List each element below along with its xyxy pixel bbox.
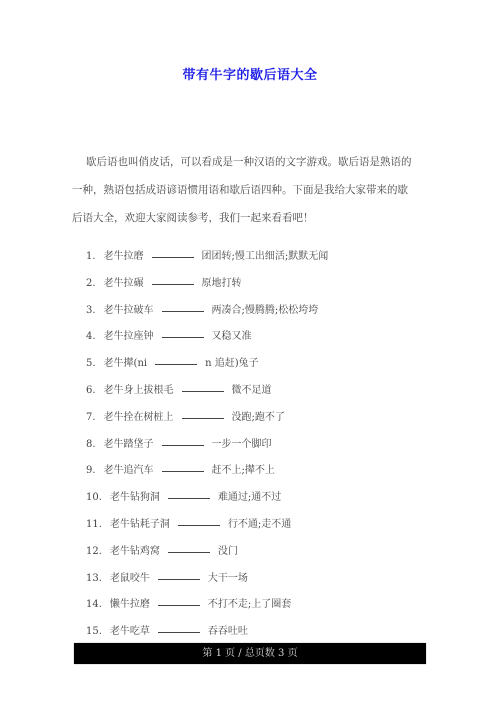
- list-item: 5. 老牛撵(ni n 追赶)兔子: [86, 357, 328, 384]
- item-riddle: 老牛拉座钟: [104, 330, 154, 344]
- document-title: 带有牛字的歇后语大全: [0, 64, 500, 83]
- intro-line-2: 一种，熟语包括成语谚语惯用语和歇后语四种。下面是我给大家带来的歇: [72, 176, 426, 204]
- item-riddle: 老牛钻鸡窝: [110, 545, 160, 559]
- list-item: 11. 老牛钻耗子洞 行不通;走不通: [86, 518, 328, 545]
- item-number: 3.: [86, 304, 96, 318]
- dash-separator: [182, 391, 224, 392]
- item-answer: 吞吞吐吐: [208, 625, 248, 639]
- list-item: 10. 老牛钻狗洞 难通过;通不过: [86, 491, 328, 518]
- item-number: 4.: [86, 330, 96, 344]
- page-indicator-bar: 第 1 页 / 总页数 3 页: [74, 643, 426, 664]
- item-number: 2.: [86, 277, 96, 291]
- item-riddle: 老牛钻狗洞: [110, 491, 160, 505]
- item-answer: 没跑;跑不了: [232, 411, 285, 425]
- item-riddle: 懒牛拉磨: [110, 598, 150, 612]
- dash-separator: [178, 525, 220, 526]
- list-item: 13. 老鼠咬牛 大干一场: [86, 572, 328, 599]
- dash-separator: [158, 579, 200, 580]
- item-answer: 大干一场: [208, 572, 248, 586]
- dash-separator: [168, 552, 210, 553]
- item-riddle: 老牛撵(ni: [104, 357, 148, 371]
- item-riddle: 老鼠咬牛: [110, 572, 150, 586]
- item-riddle: 老牛踏垡子: [104, 438, 154, 452]
- item-riddle: 老牛钻耗子洞: [110, 518, 170, 532]
- list-item: 14. 懒牛拉磨 不打不走;上了圈套: [86, 598, 328, 625]
- dash-separator: [182, 418, 224, 419]
- item-number: 15.: [86, 625, 102, 639]
- list-item: 9. 老牛追汽车 赶不上;撵不上: [86, 464, 328, 491]
- item-answer: 又稳又准: [212, 330, 252, 344]
- item-answer: n 追赶)兔子: [205, 357, 259, 371]
- dash-separator: [155, 364, 197, 365]
- item-number: 11.: [86, 518, 102, 532]
- dash-separator: [168, 498, 210, 499]
- item-riddle: 老牛吃草: [110, 625, 150, 639]
- item-riddle: 老牛追汽车: [104, 464, 154, 478]
- item-number: 13.: [86, 572, 102, 586]
- list-item: 4. 老牛拉座钟 又稳又准: [86, 330, 328, 357]
- list-item: 3. 老牛拉破车 两凑合;慢腾腾;松松垮垮: [86, 304, 328, 331]
- item-riddle: 老牛身上拔根毛: [104, 384, 174, 398]
- list-item: 1. 老牛拉磨 团团转;慢工出细活;默默无闻: [86, 250, 328, 277]
- item-answer: 没门: [218, 545, 238, 559]
- item-number: 1.: [86, 250, 96, 264]
- list-item: 2. 老牛拉碾 原地打转: [86, 277, 328, 304]
- item-riddle: 老牛拉磨: [104, 250, 144, 264]
- dash-separator: [152, 284, 194, 285]
- list-item: 8. 老牛踏垡子 一步一个脚印: [86, 438, 328, 465]
- item-answer: 团团转;慢工出细活;默默无闻: [202, 250, 329, 264]
- dash-separator: [158, 632, 200, 633]
- item-answer: 难通过;通不过: [218, 491, 281, 505]
- dash-separator: [162, 337, 204, 338]
- item-number: 14.: [86, 598, 102, 612]
- item-number: 12.: [86, 545, 102, 559]
- item-answer: 行不通;走不通: [228, 518, 291, 532]
- item-answer: 两凑合;慢腾腾;松松垮垮: [212, 304, 319, 318]
- list-item: 7. 老牛拴在树桩上 没跑;跑不了: [86, 411, 328, 438]
- item-answer: 不打不走;上了圈套: [208, 598, 291, 612]
- item-answer: 赶不上;撵不上: [212, 464, 275, 478]
- item-number: 8.: [86, 438, 96, 452]
- list-item: 12. 老牛钻鸡窝 没门: [86, 545, 328, 572]
- item-riddle: 老牛拉碾: [104, 277, 144, 291]
- item-number: 10.: [86, 491, 102, 505]
- intro-paragraph: 歇后语也叫俏皮话，可以看成是一种汉语的文字游戏。歇后语是熟语的 一种，熟语包括成…: [86, 148, 426, 232]
- item-answer: 微不足道: [232, 384, 272, 398]
- dash-separator: [162, 471, 204, 472]
- item-riddle: 老牛拴在树桩上: [104, 411, 174, 425]
- dash-separator: [162, 311, 204, 312]
- item-number: 6.: [86, 384, 96, 398]
- page-indicator-text: 第 1 页 / 总页数 3 页: [202, 648, 297, 659]
- dash-separator: [162, 445, 204, 446]
- intro-line-3: 后语大全，欢迎大家阅读参考，我们一起来看看吧！: [72, 204, 426, 232]
- item-number: 7.: [86, 411, 96, 425]
- document-page: 带有牛字的歇后语大全 歇后语也叫俏皮话，可以看成是一种汉语的文字游戏。歇后语是熟…: [0, 0, 500, 706]
- item-answer: 一步一个脚印: [212, 438, 272, 452]
- xiehouyu-list: 1. 老牛拉磨 团团转;慢工出细活;默默无闻 2. 老牛拉碾 原地打转 3. 老…: [86, 250, 328, 652]
- dash-separator: [152, 257, 194, 258]
- item-number: 9.: [86, 464, 96, 478]
- item-answer: 原地打转: [202, 277, 242, 291]
- intro-line-1: 歇后语也叫俏皮话，可以看成是一种汉语的文字游戏。歇后语是熟语的: [86, 148, 426, 176]
- dash-separator: [158, 605, 200, 606]
- item-riddle: 老牛拉破车: [104, 304, 154, 318]
- item-number: 5.: [86, 357, 96, 371]
- list-item: 6. 老牛身上拔根毛 微不足道: [86, 384, 328, 411]
